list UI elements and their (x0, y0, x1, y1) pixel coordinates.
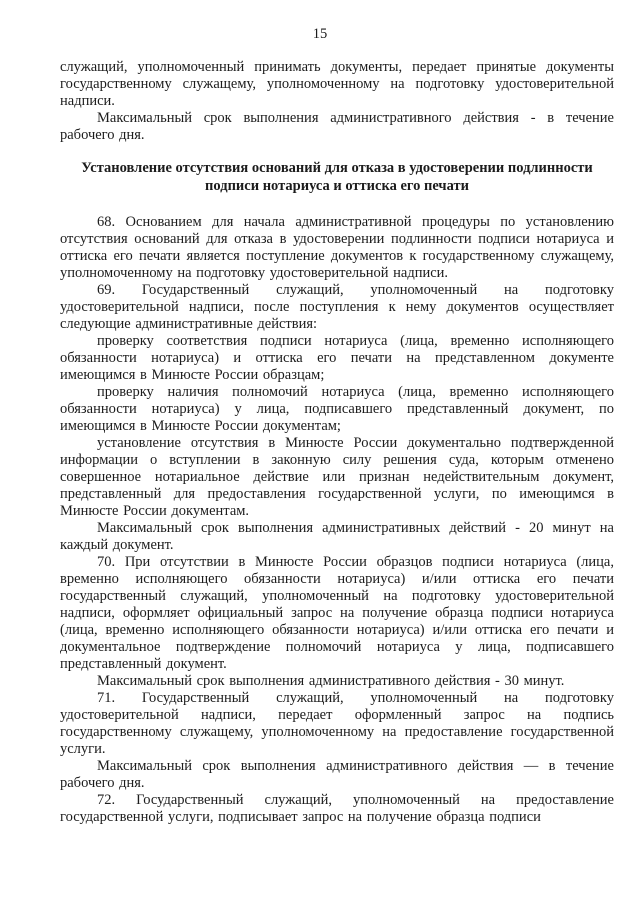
paragraph-71: 71. Государственный служащий, уполномоче… (60, 690, 614, 758)
paragraph-continuation: служащий, уполномоченный принимать докум… (60, 59, 614, 110)
paragraph-69: 69. Государственный служащий, уполномоче… (60, 282, 614, 333)
paragraph-action-item: проверку наличия полномочий нотариуса (л… (60, 384, 614, 435)
document-content: служащий, уполномоченный принимать докум… (60, 59, 614, 826)
document-page: 15 служащий, уполномоченный принимать до… (0, 0, 640, 905)
paragraph-max-term: Максимальный срок выполнения администрат… (60, 673, 614, 690)
page-number: 15 (0, 26, 640, 43)
paragraph-max-term: Максимальный срок выполнения администрат… (60, 520, 614, 554)
paragraph-max-term: Максимальный срок выполнения администрат… (60, 110, 614, 144)
paragraph-max-term: Максимальный срок выполнения администрат… (60, 758, 614, 792)
paragraph-72: 72. Государственный служащий, уполномоче… (60, 792, 614, 826)
paragraph-70: 70. При отсутствии в Минюсте России обра… (60, 554, 614, 673)
paragraph-action-item: проверку соответствия подписи нотариуса … (60, 333, 614, 384)
paragraph-action-item: установление отсутствия в Минюсте России… (60, 435, 614, 520)
section-heading: Установление отсутствия оснований для от… (66, 159, 608, 195)
paragraph-68: 68. Основанием для начала административн… (60, 214, 614, 282)
